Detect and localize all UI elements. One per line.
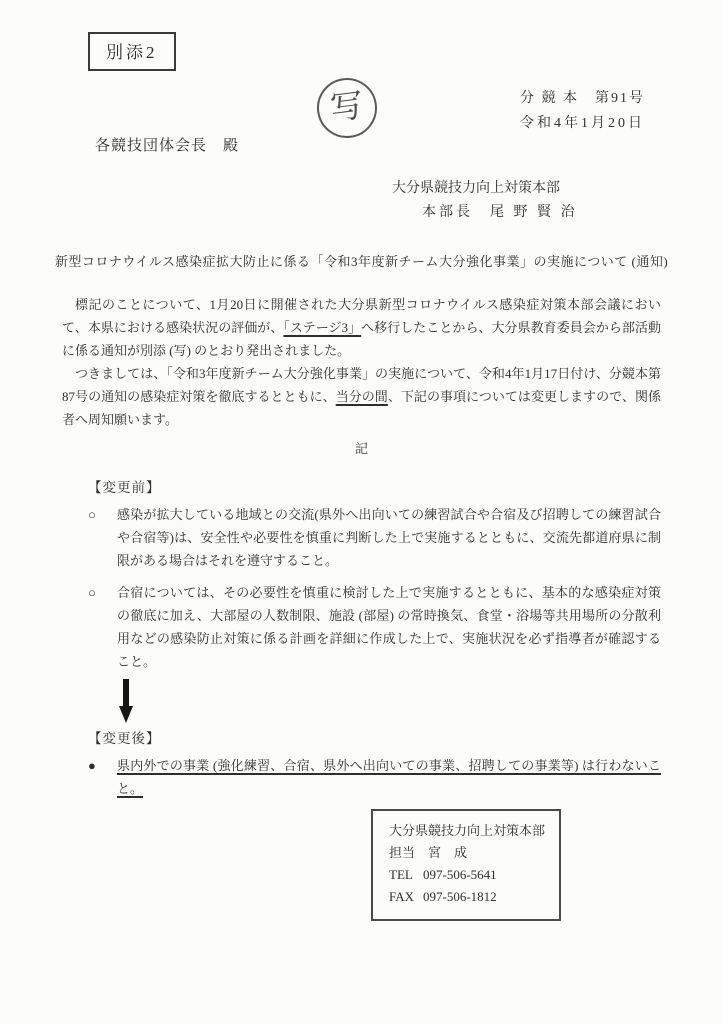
tel-label: TEL: [389, 864, 423, 886]
doc-date: 令和4年1月20日: [520, 111, 645, 136]
doc-meta: 分 競 本 第91号 令和4年1月20日: [520, 86, 645, 136]
contact-person: 担当 宮 成: [389, 842, 549, 864]
paragraph-1-underlined: 「ステージ3」: [283, 320, 361, 335]
doc-number: 分 競 本 第91号: [520, 86, 645, 111]
contact-org: 大分県競技力向上対策本部: [389, 820, 549, 842]
after-section-heading: 【変更後】: [88, 727, 661, 750]
circle-marker-icon: ○: [88, 503, 96, 526]
document-title: 新型コロナウイルス感染症拡大防止に係る「令和3年度新チーム大分強化事業」の実施に…: [0, 251, 723, 270]
document-page: 別添2 写 分 競 本 第91号 令和4年1月20日 各競技団体会長 殿 大分県…: [0, 0, 723, 1024]
sender-org: 大分県競技力向上対策本部: [392, 177, 578, 201]
paragraph-2-underlined: 当分の間: [336, 389, 388, 404]
contact-fax: FAX097-506-1812: [389, 886, 549, 908]
tel-number: 097-506-5641: [423, 867, 497, 882]
after-item-1: ● 県内外での事業 (強化練習、合宿、県外へ出向いての事業、招聘しての事業等) …: [62, 754, 661, 800]
after-item-1-text: 県内外での事業 (強化練習、合宿、県外へ出向いての事業、招聘しての事業等) は行…: [117, 758, 661, 796]
sender-block: 大分県競技力向上対策本部 本部長 尾 野 賢 治: [392, 177, 578, 225]
before-item-1-text: 感染が拡大している地域との交流(県外へ出向いての練習試合や合宿及び招聘しての練習…: [117, 507, 661, 568]
copy-stamp-icon: 写: [314, 75, 381, 142]
fax-label: FAX: [389, 886, 423, 908]
fax-number: 097-506-1812: [423, 889, 497, 904]
bullet-marker-icon: ●: [88, 754, 96, 777]
before-item-1: ○ 感染が拡大している地域との交流(県外へ出向いての練習試合や合宿及び招聘しての…: [62, 503, 661, 572]
circle-marker-icon: ○: [88, 581, 96, 604]
down-arrow-icon: [118, 679, 661, 723]
copy-stamp-char: 写: [329, 90, 366, 127]
before-item-2: ○ 合宿については、その必要性を慎重に検討した上で実施するとともに、基本的な感染…: [62, 581, 661, 673]
paragraph-1: 標記のことについて、1月20日に開催された大分県新型コロナウイルス感染症対策本部…: [62, 293, 661, 362]
sender-title: 本部長 尾 野 賢 治: [392, 201, 578, 225]
attachment-label-box: 別添2: [88, 32, 176, 71]
paragraph-2: つきましては、「令和3年度新チーム大分強化事業」の実施について、令和4年1月17…: [62, 362, 661, 431]
contact-tel: TEL097-506-5641: [389, 864, 549, 886]
before-section-heading: 【変更前】: [88, 476, 661, 499]
ki-marker: 記: [62, 437, 661, 460]
before-item-2-text: 合宿については、その必要性を慎重に検討した上で実施するとともに、基本的な感染症対…: [117, 585, 661, 669]
addressee: 各競技団体会長 殿: [95, 134, 239, 155]
contact-box: 大分県競技力向上対策本部 担当 宮 成 TEL097-506-5641 FAX0…: [371, 809, 561, 921]
document-body: 標記のことについて、1月20日に開催された大分県新型コロナウイルス感染症対策本部…: [62, 293, 661, 800]
attachment-label: 別添2: [106, 43, 158, 62]
